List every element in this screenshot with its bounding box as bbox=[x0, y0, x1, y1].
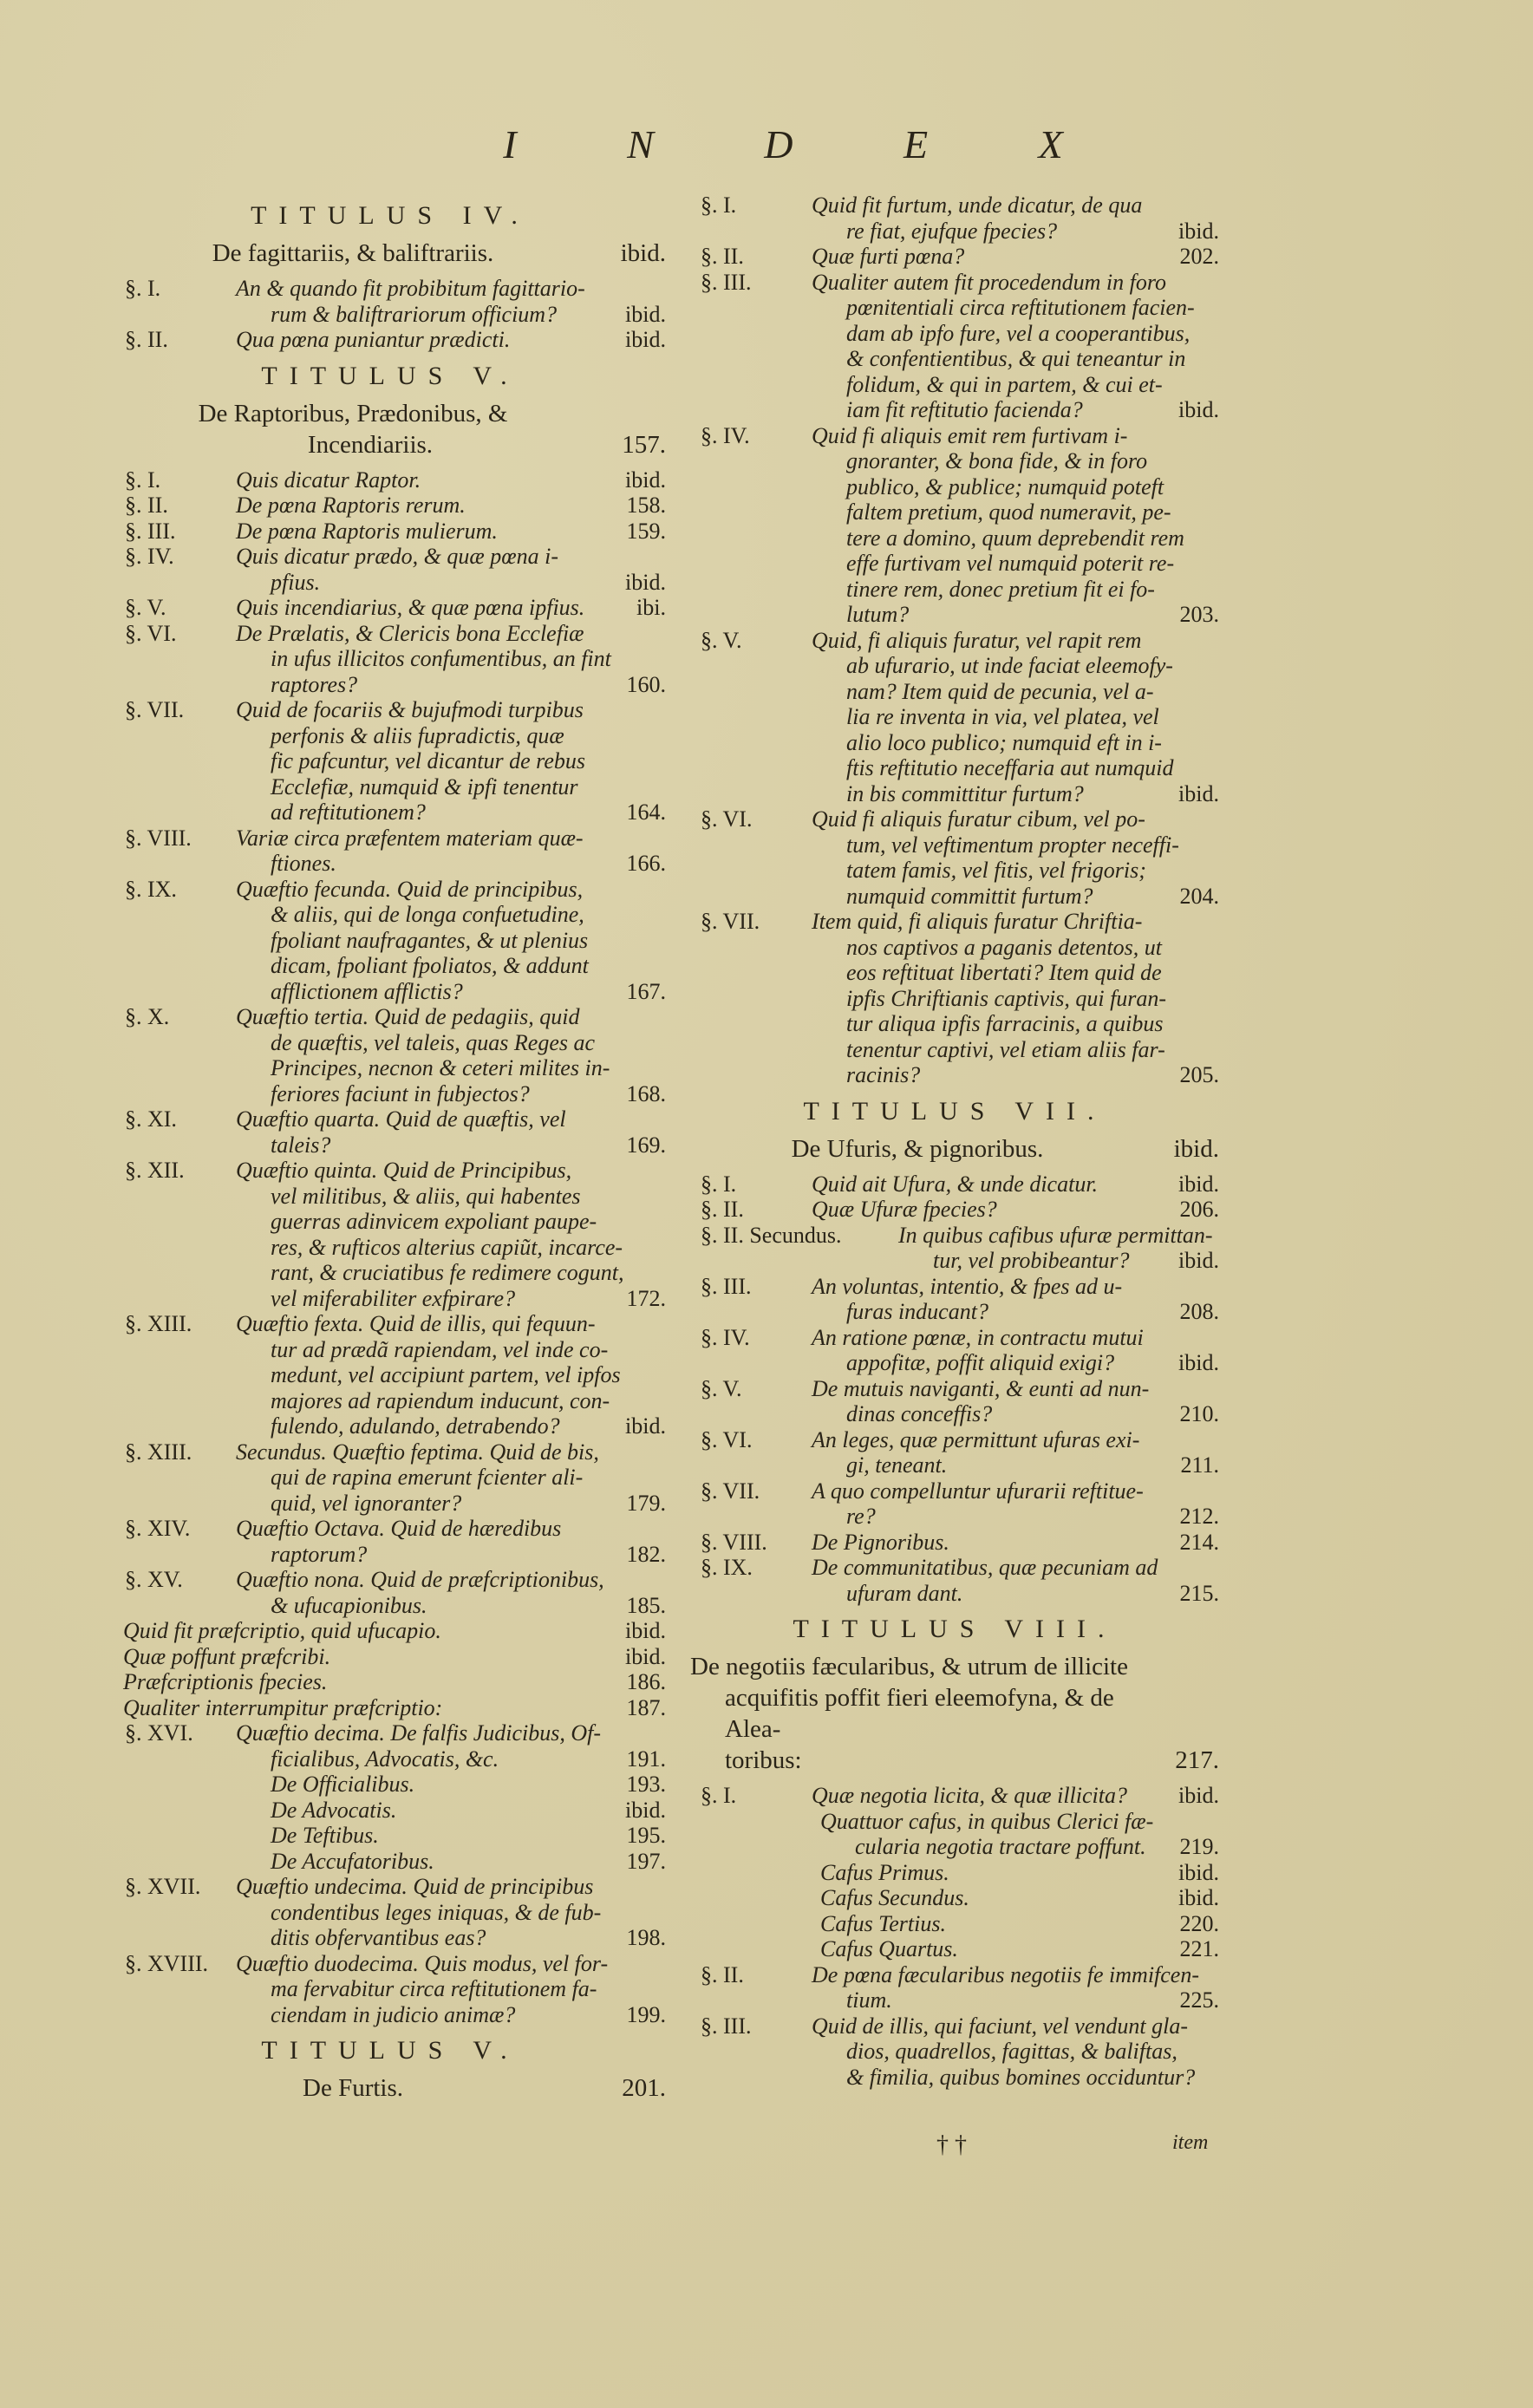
entry-text: Quid de illis, qui faciunt, vel vendunt … bbox=[812, 2013, 1188, 2039]
entry-text: Secundus. Quæftio feptima. Quid de bis, bbox=[236, 1439, 599, 1465]
section-mark: §. V. bbox=[690, 628, 812, 807]
entry-text: in bis committitur furtum? bbox=[846, 781, 1084, 807]
entry-text: Quattuor cafus, in quibus Clerici fæ- bbox=[820, 1809, 1153, 1835]
entry-text: De Teftibus. bbox=[271, 1823, 379, 1849]
entry-text: raptores? bbox=[271, 672, 357, 698]
heading-text: De Furtis. bbox=[114, 2072, 591, 2104]
index-entry: §. II.Qua pœna puniantur prædicti.ibid. bbox=[114, 327, 666, 353]
heading-text: De Raptoribus, Prædonibus, & bbox=[114, 398, 591, 429]
section-mark: §. VIII. bbox=[690, 1530, 812, 1556]
entry-text: rum & baliftrariorum officium? bbox=[271, 302, 557, 328]
page-reference: 211. bbox=[1180, 1452, 1219, 1478]
section-mark: §. III. bbox=[114, 519, 236, 545]
entry-text: afflictionem afflictis? bbox=[271, 979, 463, 1005]
index-entry: §. IV.Quid fi aliquis emit rem furtivam … bbox=[690, 423, 1219, 628]
index-column-right: §. I.Quid fit furtum, unde dicatur, de q… bbox=[690, 193, 1219, 2090]
entry-text: Quis dicatur prædo, & quæ pœna i- bbox=[236, 544, 558, 570]
section-mark bbox=[114, 1669, 123, 1695]
section-mark: §. IV. bbox=[114, 544, 236, 595]
index-entry: §. III.Qualiter autem fit procedendum in… bbox=[690, 270, 1219, 423]
section-mark bbox=[114, 1772, 271, 1798]
index-entry: §. XVI.Quæftio decima. De falfis Judicib… bbox=[114, 1720, 666, 1772]
entry-text: Quis dicatur Raptor. bbox=[236, 467, 421, 493]
entry-text: tium. bbox=[846, 1987, 892, 2013]
index-entry: §. XI.Quæftio quarta. Quid de quæftis, v… bbox=[114, 1106, 666, 1158]
section-mark: §. I. bbox=[690, 1783, 812, 1809]
section-mark: §. VII. bbox=[114, 697, 236, 826]
page-reference: 225. bbox=[1180, 1987, 1220, 2013]
entry-text: qui de rapina emerunt fcienter ali- bbox=[271, 1465, 583, 1491]
section-mark: §. VI. bbox=[690, 806, 812, 909]
section-mark: §. II. bbox=[114, 327, 236, 353]
section-mark: §. VI. bbox=[114, 621, 236, 698]
section-mark: §. XIV. bbox=[114, 1516, 236, 1567]
entry-text: Principes, necnon & ceteri milites in- bbox=[271, 1055, 610, 1081]
index-entry: §. II.De pœna Raptoris rerum.158. bbox=[114, 493, 666, 519]
page-reference: 187. bbox=[627, 1695, 667, 1721]
entry-text: De Prælatis, & Clericis bona Ecclefiæ bbox=[236, 621, 584, 647]
index-entry: §. I.Quis dicatur Raptor.ibid. bbox=[114, 467, 666, 493]
signature-mark: † † bbox=[936, 2131, 967, 2159]
entry-text: Quæftio tertia. Quid de pedagiis, quid bbox=[236, 1004, 580, 1030]
page-reference bbox=[1145, 1682, 1219, 1745]
entry-text: rant, & cruciatibus fe redimere cogunt, bbox=[271, 1260, 624, 1286]
entry-text: tinere rem, donec pretium fit ei fo- bbox=[846, 577, 1155, 603]
index-entry: §. VI.An leges, quæ permittunt ufuras ex… bbox=[690, 1427, 1219, 1478]
section-mark: §. III. bbox=[690, 1274, 812, 1325]
entry-text: An ratione pœnæ, in contractu mutui bbox=[812, 1325, 1144, 1351]
page-reference: ibid. bbox=[625, 570, 666, 596]
page-reference: 201. bbox=[591, 2072, 666, 2104]
entry-text: numquid committit furtum? bbox=[846, 884, 1093, 910]
entry-text: publico, & publice; numquid poteft bbox=[846, 474, 1164, 500]
entry-text: tum, vel veftimentum propter neceffi- bbox=[846, 832, 1179, 858]
entry-text: lutum? bbox=[846, 602, 909, 628]
index-entry: §. III.An voluntas, intentio, & fpes ad … bbox=[690, 1274, 1219, 1325]
entry-text: feriores faciunt in fubjectos? bbox=[271, 1081, 530, 1107]
page-reference: 158. bbox=[627, 493, 667, 519]
index-entry: §. XII.Quæftio quinta. Quid de Principib… bbox=[114, 1158, 666, 1311]
page-reference: 160. bbox=[627, 672, 667, 698]
entry-text: cularia negotia tractare poffunt. bbox=[855, 1834, 1146, 1860]
entry-text: quid, vel ignoranter? bbox=[271, 1491, 461, 1517]
page-reference: ibid. bbox=[1178, 397, 1219, 423]
catchword: item bbox=[1172, 2131, 1208, 2155]
entry-text: ficialibus, Advocatis, &c. bbox=[271, 1746, 499, 1772]
page-reference: 164. bbox=[627, 799, 667, 826]
index-entry: Quattuor cafus, in quibus Clerici fæ-cul… bbox=[690, 1809, 1219, 1860]
index-entry: §. XIII.Quæftio fexta. Quid de illis, qu… bbox=[114, 1311, 666, 1439]
entry-text: tur ad prædã rapiendam, vel inde co- bbox=[271, 1337, 608, 1363]
page-reference bbox=[591, 398, 666, 429]
titulus-heading: TITULUS V. bbox=[114, 358, 666, 395]
index-entry: §. XIII.Secundus. Quæftio feptima. Quid … bbox=[114, 1439, 666, 1517]
entry-text: Quæftio quarta. Quid de quæftis, vel bbox=[236, 1106, 566, 1132]
section-mark: §. III. bbox=[690, 2013, 812, 2091]
entry-text: De Officialibus. bbox=[271, 1772, 414, 1798]
index-entry: §. VIII.De Pignoribus.214. bbox=[690, 1530, 1219, 1556]
section-heading: De Raptoribus, Prædonibus, &Incendiariis… bbox=[114, 398, 666, 460]
page-reference: 214. bbox=[1180, 1530, 1220, 1556]
entry-text: effe furtivam vel numquid poterit re- bbox=[846, 551, 1174, 577]
index-entry: §. XIV.Quæftio Octava. Quid de hæredibus… bbox=[114, 1516, 666, 1567]
entry-text: Quæftio nona. Quid de præfcriptionibus, bbox=[236, 1567, 604, 1593]
section-mark: §. I. bbox=[690, 1171, 812, 1197]
entry-text: ufuram dant. bbox=[846, 1581, 962, 1607]
titulus-heading: TITULUS V. bbox=[114, 2033, 666, 2069]
entry-text: taleis? bbox=[271, 1132, 330, 1158]
section-mark bbox=[114, 1849, 271, 1875]
entry-text: perfonis & aliis fupradictis, quæ bbox=[271, 723, 564, 749]
entry-text: pfius. bbox=[271, 570, 320, 596]
page-reference: 167. bbox=[627, 979, 667, 1005]
entry-text: pœnitentiali circa reftitutionem facien- bbox=[846, 295, 1195, 321]
section-mark bbox=[114, 1823, 271, 1849]
index-entry: §. XVIII.Quæftio duodecima. Quis modus, … bbox=[114, 1951, 666, 2028]
entry-text: res, & rufticos alterius capiũt, incarce… bbox=[271, 1235, 623, 1261]
section-mark bbox=[690, 1809, 820, 1860]
entry-text: ftiones. bbox=[271, 851, 336, 877]
page-reference: 157. bbox=[591, 429, 666, 460]
index-entry: §. V.Quis incendiarius, & quæ pœna ipfiu… bbox=[114, 595, 666, 621]
index-entry: §. I.An & quando fit probibitum fagittar… bbox=[114, 276, 666, 327]
entry-text: raptorum? bbox=[271, 1542, 367, 1568]
page-reference: ibi. bbox=[636, 595, 666, 621]
entry-text: Quæftio decima. De falfis Judicibus, Of- bbox=[236, 1720, 601, 1746]
section-mark: §. XII. bbox=[114, 1158, 236, 1311]
entry-text: Cafus Primus. bbox=[820, 1860, 949, 1886]
page-reference: 186. bbox=[627, 1669, 667, 1695]
index-entry: §. I.Quid ait Ufura, & unde dicatur.ibid… bbox=[690, 1171, 1219, 1197]
entry-text: De Accufatoribus. bbox=[271, 1849, 434, 1875]
section-mark: §. II. bbox=[690, 1197, 812, 1223]
index-entry: §. VII.Item quid, fi aliquis furatur Chr… bbox=[690, 909, 1219, 1088]
section-mark: §. XV. bbox=[114, 1567, 236, 1618]
titulus-heading: TITULUS VIII. bbox=[690, 1611, 1219, 1648]
entry-text: Quæ poffunt præfcribi. bbox=[123, 1644, 330, 1670]
index-entry: Cafus Primus.ibid. bbox=[690, 1860, 1219, 1886]
entry-text: & aliis, qui de longa confuetudine, bbox=[271, 902, 584, 928]
page-reference: 198. bbox=[627, 1925, 667, 1951]
section-mark bbox=[690, 1936, 820, 1962]
entry-text: fulendo, adulando, detrabendo? bbox=[271, 1413, 560, 1439]
page-reference: ibid. bbox=[1178, 1885, 1219, 1911]
entry-text: racinis? bbox=[846, 1062, 920, 1088]
entry-text: Qualiter interrumpitur præfcriptio: bbox=[123, 1695, 442, 1721]
entry-text: tur, vel probibeantur? bbox=[933, 1248, 1130, 1274]
index-entry: §. V.Quid, fi aliquis furatur, vel rapit… bbox=[690, 628, 1219, 807]
entry-text: ditis obfervantibus eas? bbox=[271, 1925, 486, 1951]
page-reference: 197. bbox=[627, 1849, 667, 1875]
section-mark: §. I. bbox=[114, 276, 236, 327]
entry-text: Quæftio Octava. Quid de hæredibus bbox=[236, 1516, 561, 1542]
entry-text: nam? Item quid de pecunia, vel a- bbox=[846, 679, 1154, 705]
entry-text: De pœna fæcularibus negotiis fe immifcen… bbox=[812, 1962, 1199, 1988]
page-reference: 215. bbox=[1180, 1581, 1220, 1607]
entry-text: tur aliqua ipfis farracinis, a quibus bbox=[846, 1011, 1164, 1037]
entry-text: Quid de focariis & bujufmodi turpibus bbox=[236, 697, 584, 723]
page-reference: 202. bbox=[1180, 244, 1220, 270]
page-reference: 179. bbox=[627, 1491, 667, 1517]
section-mark: §. VII. bbox=[690, 909, 812, 1088]
section-mark bbox=[690, 1911, 820, 1937]
page-reference: 219. bbox=[1180, 1834, 1220, 1860]
page-reference: 205. bbox=[1180, 1062, 1220, 1088]
index-entry: §. VII.Quid de focariis & bujufmodi turp… bbox=[114, 697, 666, 826]
index-entry: §. IV.Quis dicatur prædo, & quæ pœna i-p… bbox=[114, 544, 666, 595]
section-mark: §. II. Secundus. bbox=[690, 1223, 898, 1274]
heading-text: De fagittariis, & baliftrariis. bbox=[114, 238, 591, 269]
index-entry: Cafus Secundus.ibid. bbox=[690, 1885, 1219, 1911]
entry-text: Quæ furti pœna? bbox=[812, 244, 964, 270]
section-mark: §. V. bbox=[114, 595, 236, 621]
entry-text: gi, teneant. bbox=[846, 1452, 947, 1478]
section-mark bbox=[690, 1860, 820, 1886]
entry-text: majores ad rapiendum inducunt, con- bbox=[271, 1388, 610, 1414]
entry-text: Quæftio fecunda. Quid de principibus, bbox=[236, 877, 583, 903]
section-mark bbox=[114, 1695, 123, 1721]
page-reference: 212. bbox=[1180, 1504, 1220, 1530]
entry-text: dam ab ipfo fure, vel a cooperantibus, bbox=[846, 321, 1190, 347]
section-mark: §. IX. bbox=[114, 877, 236, 1005]
entry-text: Quæftio undecima. Quid de principibus bbox=[236, 1874, 593, 1900]
section-mark: §. V. bbox=[690, 1376, 812, 1427]
index-entry: §. XV.Quæftio nona. Quid de præfcription… bbox=[114, 1567, 666, 1618]
page-reference: ibid. bbox=[1145, 1133, 1219, 1165]
section-mark: §. XIII. bbox=[114, 1311, 236, 1439]
page-reference: ibid. bbox=[1178, 1248, 1219, 1274]
entry-text: Cafus Secundus. bbox=[820, 1885, 969, 1911]
page-reference: ibid. bbox=[625, 467, 666, 493]
entry-text: Quæ negotia licita, & quæ illicita? bbox=[812, 1783, 1127, 1809]
section-mark: §. VI. bbox=[690, 1427, 812, 1478]
page-reference: 193. bbox=[627, 1772, 667, 1798]
page-reference: ibid. bbox=[625, 302, 666, 328]
section-mark: §. II. bbox=[690, 244, 812, 270]
entry-text: De pœna Raptoris mulierum. bbox=[236, 519, 498, 545]
page-reference: 203. bbox=[1180, 602, 1220, 628]
page-title: I N D E X bbox=[0, 121, 1533, 167]
titulus-heading: TITULUS IV. bbox=[114, 198, 666, 234]
entry-text: Ecclefiæ, numquid & ipfi tenentur bbox=[271, 774, 578, 800]
entry-text: dios, quadrellos, fagittas, & baliftas, bbox=[846, 2039, 1177, 2065]
page-reference: ibid. bbox=[1178, 1783, 1219, 1809]
entry-text: An leges, quæ permittunt ufuras exi- bbox=[812, 1427, 1139, 1453]
entry-text: folidum, & qui in partem, & cui et- bbox=[846, 372, 1163, 398]
section-heading: De Furtis.201. bbox=[114, 2072, 666, 2104]
index-entry: §. IX.De communitatibus, quæ pecuniam ad… bbox=[690, 1555, 1219, 1606]
entry-text: De Pignoribus. bbox=[812, 1530, 949, 1556]
entry-text: Variæ circa præfentem materiam quæ- bbox=[236, 826, 584, 852]
section-mark bbox=[114, 1798, 271, 1824]
page-reference: 169. bbox=[627, 1132, 667, 1158]
page-reference: 168. bbox=[627, 1081, 667, 1107]
entry-text: Cafus Tertius. bbox=[820, 1911, 946, 1937]
index-entry: Cafus Tertius.220. bbox=[690, 1911, 1219, 1937]
section-heading: De negotiis fæcularibus, & utrum de illi… bbox=[690, 1651, 1219, 1776]
titulus-heading: TITULUS VII. bbox=[690, 1093, 1219, 1130]
section-mark: §. XVI. bbox=[114, 1720, 236, 1772]
entry-text: De Advocatis. bbox=[271, 1798, 396, 1824]
section-mark bbox=[114, 1644, 123, 1670]
entry-text: & confentientibus, & qui teneantur in bbox=[846, 346, 1185, 372]
entry-text: appofitæ, poffit aliquid exigi? bbox=[846, 1350, 1114, 1376]
section-mark: §. III. bbox=[690, 270, 812, 423]
entry-text: tenentur captivi, vel etiam aliis far- bbox=[846, 1037, 1165, 1063]
entry-text: Item quid, fi aliquis furatur Chriftia- bbox=[812, 909, 1142, 935]
section-mark: §. IV. bbox=[690, 423, 812, 628]
index-entry: Quid fit præfcriptio, quid ufucapio.ibid… bbox=[114, 1618, 666, 1644]
page-reference: ibid. bbox=[1178, 781, 1219, 807]
index-entry: §. III.De pœna Raptoris mulierum.159. bbox=[114, 519, 666, 545]
section-mark bbox=[114, 1618, 123, 1644]
index-entry: §. II.Quæ furti pœna?202. bbox=[690, 244, 1219, 270]
section-mark: §. XVII. bbox=[114, 1874, 236, 1951]
page-reference: ibid. bbox=[1178, 1171, 1219, 1197]
entry-text: Quæftio quinta. Quid de Principibus, bbox=[236, 1158, 571, 1184]
page-reference: ibid. bbox=[625, 1413, 666, 1439]
entry-text: ad reftitutionem? bbox=[271, 799, 426, 826]
entry-text: furas inducant? bbox=[846, 1299, 988, 1325]
heading-text: De Ufuris, & pignoribus. bbox=[690, 1133, 1145, 1165]
index-entry: §. X.Quæftio tertia. Quid de pedagiis, q… bbox=[114, 1004, 666, 1106]
index-column-left: TITULUS IV.De fagittariis, & baliftrarii… bbox=[114, 193, 666, 2111]
entry-text: & ufucapionibus. bbox=[271, 1593, 427, 1619]
entry-text: vel militibus, & aliis, qui habentes bbox=[271, 1184, 580, 1210]
section-mark: §. XIII. bbox=[114, 1439, 236, 1517]
index-entry: §. VIII.Variæ circa præfentem materiam q… bbox=[114, 826, 666, 877]
page-reference: 206. bbox=[1180, 1197, 1220, 1223]
section-mark: §. X. bbox=[114, 1004, 236, 1106]
entry-text: ipfis Chriftianis captivis, qui furan- bbox=[846, 986, 1166, 1012]
index-entry: §. III.Quid de illis, qui faciunt, vel v… bbox=[690, 2013, 1219, 2091]
entry-text: lia re inventa in via, vel platea, vel bbox=[846, 704, 1159, 730]
page-reference: 204. bbox=[1180, 884, 1220, 910]
page-reference: 159. bbox=[627, 519, 667, 545]
section-mark bbox=[690, 1885, 820, 1911]
heading-text: De negotiis fæcularibus, & utrum de illi… bbox=[690, 1651, 1145, 1682]
index-entry: Quæ poffunt præfcribi.ibid. bbox=[114, 1644, 666, 1670]
heading-text: Incendiariis. bbox=[114, 429, 591, 460]
page-reference: 172. bbox=[627, 1286, 667, 1312]
page-reference: ibid. bbox=[625, 1644, 666, 1670]
entry-text: Qualiter autem fit procedendum in foro bbox=[812, 270, 1166, 296]
entry-text: De communitatibus, quæ pecuniam ad bbox=[812, 1555, 1158, 1581]
entry-text: medunt, vel accipiunt partem, vel ipfos bbox=[271, 1362, 621, 1388]
entry-text: Quid fi aliquis furatur cibum, vel po- bbox=[812, 806, 1145, 832]
entry-text: Quæftio duodecima. Quis modus, vel for- bbox=[236, 1951, 608, 1977]
section-mark: §. II. bbox=[690, 1962, 812, 2013]
page-reference: ibid. bbox=[1178, 219, 1219, 245]
section-mark: §. IV. bbox=[690, 1325, 812, 1376]
section-heading: De Ufuris, & pignoribus.ibid. bbox=[690, 1133, 1219, 1165]
entry-text: Quid fit furtum, unde dicatur, de qua bbox=[812, 193, 1142, 219]
entry-text: Quid, fi aliquis furatur, vel rapit rem bbox=[812, 628, 1141, 654]
page-reference: ibid. bbox=[591, 238, 666, 269]
entry-text: eos reftituat libertati? Item quid de bbox=[846, 960, 1162, 986]
index-entry: §. VI.De Prælatis, & Clericis bona Eccle… bbox=[114, 621, 666, 698]
section-mark: §. XVIII. bbox=[114, 1951, 236, 2028]
page-reference: 195. bbox=[627, 1823, 667, 1849]
index-entry: §. VII.A quo compelluntur ufurarii refti… bbox=[690, 1478, 1219, 1530]
entry-text: vel miferabiliter exfpirare? bbox=[271, 1286, 515, 1312]
page-reference: ibid. bbox=[625, 1618, 666, 1644]
section-mark: §. VII. bbox=[690, 1478, 812, 1530]
index-entry: §. VI.Quid fi aliquis furatur cibum, vel… bbox=[690, 806, 1219, 909]
page-reference: 185. bbox=[627, 1593, 667, 1619]
index-entry: Qualiter interrumpitur præfcriptio:187. bbox=[114, 1695, 666, 1721]
page-reference: ibid. bbox=[625, 327, 666, 353]
entry-text: iam fit reftitutio facienda? bbox=[846, 397, 1083, 423]
entry-text: Quæ Ufuræ fpecies? bbox=[812, 1197, 997, 1223]
page-reference bbox=[1145, 1651, 1219, 1682]
section-mark: §. VIII. bbox=[114, 826, 236, 877]
index-entry: §. I.Quid fit furtum, unde dicatur, de q… bbox=[690, 193, 1219, 244]
entry-text: ftis reftitutio neceffaria aut numquid bbox=[846, 755, 1173, 781]
index-entry: §. IV.An ratione pœnæ, in contractu mutu… bbox=[690, 1325, 1219, 1376]
page-reference: 166. bbox=[627, 851, 667, 877]
entry-text: tatem famis, vel fitis, vel frigoris; bbox=[846, 858, 1146, 884]
page-reference: 217. bbox=[1145, 1745, 1219, 1776]
entry-text: re? bbox=[846, 1504, 876, 1530]
index-entry: §. XVII.Quæftio undecima. Quid de princi… bbox=[114, 1874, 666, 1951]
entry-text: gnoranter, & bona fide, & in foro bbox=[846, 448, 1147, 474]
entry-text: condentibus leges iniquas, & de fub- bbox=[271, 1900, 601, 1926]
index-entry: De Officialibus.193. bbox=[114, 1772, 666, 1798]
page-reference: 208. bbox=[1180, 1299, 1220, 1325]
section-mark: §. XI. bbox=[114, 1106, 236, 1158]
index-entry: De Teftibus.195. bbox=[114, 1823, 666, 1849]
entry-text: fic pafcuntur, vel dicantur de rebus bbox=[271, 748, 585, 774]
entry-text: A quo compelluntur ufurarii reftitue- bbox=[812, 1478, 1144, 1504]
page-reference: ibid. bbox=[1178, 1860, 1219, 1886]
entry-text: Qua pœna puniantur prædicti. bbox=[236, 327, 510, 353]
page-reference: 199. bbox=[627, 2002, 667, 2028]
index-entry: §. II.De pœna fæcularibus negotiis fe im… bbox=[690, 1962, 1219, 2013]
index-entry: §. IX.Quæftio fecunda. Quid de principib… bbox=[114, 877, 666, 1005]
section-mark: §. I. bbox=[690, 193, 812, 244]
section-mark: §. I. bbox=[114, 467, 236, 493]
index-entry: De Accufatoribus.197. bbox=[114, 1849, 666, 1875]
section-mark: §. IX. bbox=[690, 1555, 812, 1606]
entry-text: ciendam in judicio animæ? bbox=[271, 2002, 515, 2028]
section-heading: De fagittariis, & baliftrariis.ibid. bbox=[114, 238, 666, 269]
index-entry: Præfcriptionis fpecies.186. bbox=[114, 1669, 666, 1695]
page-reference: 182. bbox=[627, 1542, 667, 1568]
entry-text: Quid fi aliquis emit rem furtivam i- bbox=[812, 423, 1127, 449]
entry-text: alio loco publico; numquid eft in i- bbox=[846, 730, 1162, 756]
entry-text: An voluntas, intentio, & fpes ad u- bbox=[812, 1274, 1122, 1300]
index-entry: §. V.De mutuis naviganti, & eunti ad nun… bbox=[690, 1376, 1219, 1427]
index-entry: Cafus Quartus.221. bbox=[690, 1936, 1219, 1962]
entry-text: & fimilia, quibus bomines occiduntur? bbox=[846, 2065, 1195, 2091]
entry-text: dicam, fpoliant fpoliatos, & addunt bbox=[271, 953, 589, 979]
entry-text: Cafus Quartus. bbox=[820, 1936, 958, 1962]
heading-text: acquifitis poffit fieri eleemofyna, & de… bbox=[690, 1682, 1145, 1745]
entry-text: de quæftis, vel taleis, quas Reges ac bbox=[271, 1030, 595, 1056]
index-entry: §. II.Quæ Ufuræ fpecies?206. bbox=[690, 1197, 1219, 1223]
entry-text: Quid fit præfcriptio, quid ufucapio. bbox=[123, 1618, 441, 1644]
entry-text: re fiat, ejufque fpecies? bbox=[846, 219, 1057, 245]
section-mark: §. II. bbox=[114, 493, 236, 519]
page-reference: ibid. bbox=[1178, 1350, 1219, 1376]
page-reference: 210. bbox=[1180, 1401, 1220, 1427]
entry-text: De pœna Raptoris rerum. bbox=[236, 493, 466, 519]
entry-text: Quis incendiarius, & quæ pœna ipfius. bbox=[236, 595, 584, 621]
entry-text: An & quando fit probibitum fagittario- bbox=[236, 276, 585, 302]
entry-text: faltem pretium, quod numeravit, pe- bbox=[846, 499, 1171, 525]
page-reference: 220. bbox=[1180, 1911, 1220, 1937]
